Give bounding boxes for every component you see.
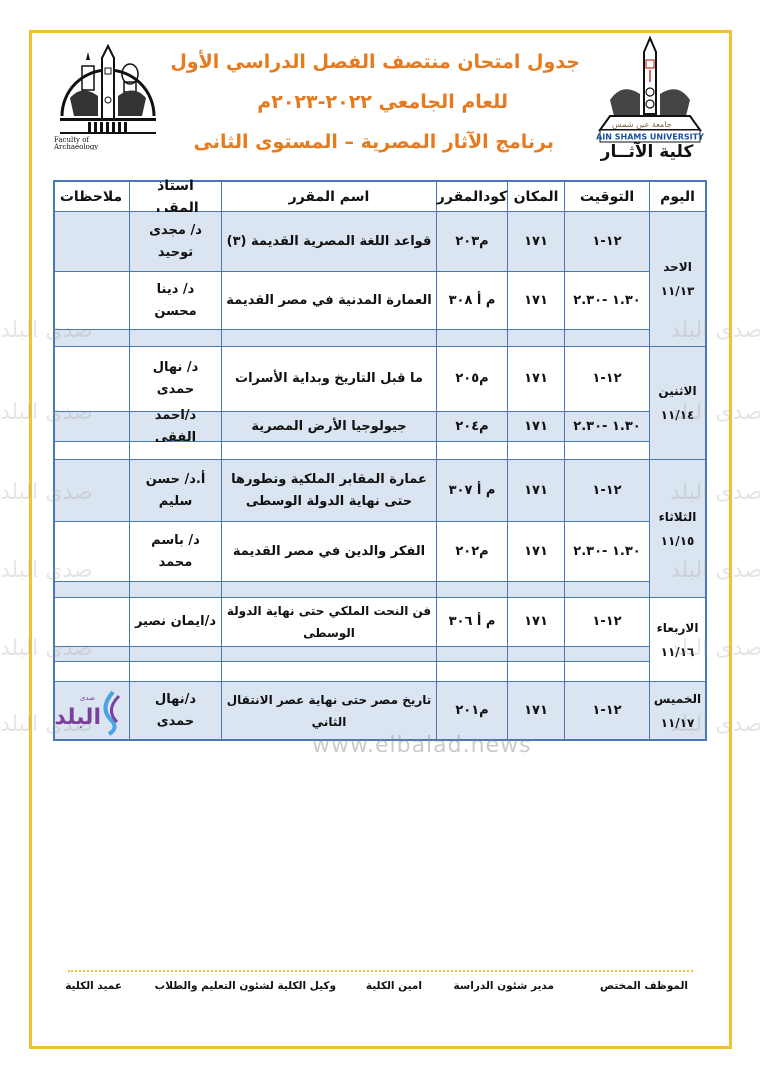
empty-cell bbox=[129, 442, 221, 459]
header-place: المكان bbox=[507, 182, 564, 211]
notes bbox=[53, 212, 129, 271]
day-name: الاحد bbox=[663, 255, 692, 279]
day-name: الثلاثاء bbox=[659, 505, 697, 529]
svg-text:ﺟﺎﻣﻌﺔ ﻋﻴﻦ ﺷﻤﺲ: ﺟﺎﻣﻌﺔ ﻋﻴﻦ ﺷﻤﺲ bbox=[612, 120, 672, 129]
header-instructor: استاذ المقرر bbox=[129, 182, 221, 211]
course-instructor: د/نهال حمدى bbox=[129, 682, 221, 739]
day-name: الاثنين bbox=[658, 379, 696, 403]
instructor-line-1: د/نهال bbox=[155, 689, 196, 711]
course-instructor: د/ مجدى توحيد bbox=[129, 212, 221, 271]
empty-cell bbox=[129, 330, 221, 346]
day-date: ١١/١٥ bbox=[661, 529, 695, 553]
table-row: ١.٣٠ -٢.٣٠ ١٧١ م أ ٣٠٨ العمارة المدنية ف… bbox=[55, 272, 705, 330]
header-code: كودالمقرر bbox=[436, 182, 507, 211]
exam-place: ١٧١ bbox=[507, 460, 564, 521]
course-name-line-2: الثاني bbox=[312, 711, 347, 733]
table-row: ١٢-١ ١٧١ م٢٠٣ قواعد اللغة المصرية القديم… bbox=[55, 212, 705, 272]
empty-cell bbox=[53, 330, 129, 346]
instructor-line-2: محمد bbox=[159, 552, 193, 574]
exam-place: ١٧١ bbox=[507, 412, 564, 441]
spacer-row bbox=[55, 582, 705, 598]
table-row: ١٢-١ ١٧١ م٢٠١ تاريخ مصر حتى نهاية عصر ال… bbox=[55, 682, 705, 739]
title-line-year: للعام الجامعي ٢٠٢٢-٢٠٢٣م bbox=[257, 86, 508, 118]
day-cell-sunday: الاحد ١١/١٣ bbox=[649, 212, 705, 347]
table-row: ١.٣٠ -٢.٣٠ ١٧١ م٢٠٢ الفكر والدين في مصر … bbox=[55, 522, 705, 582]
empty-cell bbox=[129, 582, 221, 597]
signature-responsible-employee: الموظف المختص bbox=[600, 980, 688, 992]
course-code: م أ ٣٠٨ bbox=[436, 272, 507, 329]
day-cell-monday: الاثنين ١١/١٤ bbox=[649, 347, 705, 460]
empty-cell bbox=[53, 662, 129, 681]
empty-cell bbox=[564, 647, 649, 661]
empty-cell bbox=[221, 662, 436, 681]
watermark-url: www.elbalad.news bbox=[312, 733, 532, 758]
instructor-line-2: محسن bbox=[154, 301, 196, 323]
course-name: عمارة المقابر الملكية وتطورها حتى نهاية … bbox=[221, 460, 436, 521]
course-name-line-1: فن النحت الملكي حتى نهاية الدولة bbox=[227, 600, 431, 622]
exam-place: ١٧١ bbox=[507, 598, 564, 646]
empty-cell bbox=[507, 582, 564, 597]
exam-place: ١٧١ bbox=[507, 212, 564, 271]
exam-time: ١٢-١ bbox=[564, 598, 649, 646]
signatures-row: الموظف المختص مدير شئون الدراسة امين الك… bbox=[60, 980, 700, 1000]
instructor-line-2: حمدى bbox=[157, 711, 195, 733]
course-name-line-2: الوسطى bbox=[303, 622, 355, 644]
empty-cell bbox=[507, 330, 564, 346]
course-code: م أ ٣٠٧ bbox=[436, 460, 507, 521]
notes bbox=[53, 347, 129, 411]
course-instructor: د/احمد الفقى bbox=[129, 412, 221, 441]
exam-time: ١٢-١ bbox=[564, 212, 649, 271]
svg-text:AIN SHAMS UNIVERSITY: AIN SHAMS UNIVERSITY bbox=[596, 133, 704, 142]
empty-cell bbox=[507, 662, 564, 681]
notes bbox=[53, 412, 129, 441]
spacer-row bbox=[55, 442, 705, 460]
course-instructor: د/ايمان نصير bbox=[129, 598, 221, 646]
exam-time: ١.٣٠ -٢.٣٠ bbox=[564, 522, 649, 581]
spacer-row bbox=[55, 662, 705, 682]
exam-time: ١٢-١ bbox=[564, 347, 649, 411]
spacer-row bbox=[55, 647, 705, 662]
empty-cell bbox=[564, 330, 649, 346]
course-instructor: د/ باسم محمد bbox=[129, 522, 221, 581]
course-name-line-1: تاريخ مصر حتى نهاية عصر الانتقال bbox=[227, 689, 432, 711]
empty-cell bbox=[221, 647, 436, 661]
course-instructor: د/ نهال حمدى bbox=[129, 347, 221, 411]
table-row: ١.٣٠ -٢.٣٠ ١٧١ م٢٠٤ جيولوجيا الأرض المصر… bbox=[55, 412, 705, 442]
day-cell-wednesday: الاربعاء ١١/١٦ bbox=[649, 598, 705, 682]
instructor-line-2: توحيد bbox=[158, 242, 193, 264]
day-cell-thursday: الخميس ١١/١٧ bbox=[649, 682, 705, 739]
course-code: م٢٠٥ bbox=[436, 347, 507, 411]
signature-studies-director: مدير شئون الدراسة bbox=[454, 980, 554, 992]
empty-cell bbox=[53, 647, 129, 661]
empty-cell bbox=[564, 582, 649, 597]
day-name: الاربعاء bbox=[657, 616, 699, 640]
empty-cell bbox=[436, 330, 507, 346]
header-course-name: اسم المقرر bbox=[221, 182, 436, 211]
course-code: م٢٠٢ bbox=[436, 522, 507, 581]
svg-text:البلد: البلد bbox=[55, 705, 101, 730]
course-instructor: د/ دينا محسن bbox=[129, 272, 221, 329]
day-cell-tuesday: الثلاثاء ١١/١٥ bbox=[649, 460, 705, 598]
svg-text:صدى: صدى bbox=[80, 694, 95, 702]
course-code: م٢٠٣ bbox=[436, 212, 507, 271]
faculty-name-label: كلية الآثــار bbox=[597, 142, 697, 162]
instructor-line-2: حمدى bbox=[157, 379, 195, 401]
svg-text:Archaeology: Archaeology bbox=[53, 143, 98, 150]
signature-vice-dean: وكيل الكلية لشئون التعليم والطلاب bbox=[155, 980, 336, 992]
course-name: قواعد اللغة المصرية القديمة (٣) bbox=[221, 212, 436, 271]
empty-cell bbox=[564, 442, 649, 459]
notes bbox=[53, 272, 129, 329]
instructor-line-1: د/ نهال bbox=[153, 357, 199, 379]
table-row: ١٢-١ ١٧١ م٢٠٥ ما قبل التاريخ وبداية الأس… bbox=[55, 347, 705, 412]
exam-place: ١٧١ bbox=[507, 347, 564, 411]
empty-cell bbox=[436, 442, 507, 459]
empty-cell bbox=[507, 442, 564, 459]
course-name: جيولوجيا الأرض المصرية bbox=[221, 412, 436, 441]
day-name: الخميس bbox=[654, 687, 701, 711]
course-name: ما قبل التاريخ وبداية الأسرات bbox=[221, 347, 436, 411]
header-notes: ملاحظات bbox=[53, 182, 129, 211]
exam-time: ١٢-١ bbox=[564, 460, 649, 521]
course-code: م أ ٣٠٦ bbox=[436, 598, 507, 646]
instructor-line-1: أ.د/ حسن bbox=[146, 469, 206, 491]
header-time: التوقيت bbox=[564, 182, 649, 211]
instructor-line-1: د/ دينا bbox=[157, 279, 195, 301]
signature-divider bbox=[68, 970, 693, 972]
course-name: تاريخ مصر حتى نهاية عصر الانتقال الثاني bbox=[221, 682, 436, 739]
empty-cell bbox=[564, 662, 649, 681]
empty-cell bbox=[221, 442, 436, 459]
title-line-program: برنامج الآثار المصرية – المستوى الثانى bbox=[194, 126, 554, 158]
table-header-row: اليوم التوقيت المكان كودالمقرر اسم المقر… bbox=[55, 182, 705, 212]
day-date: ١١/١٦ bbox=[661, 640, 695, 664]
faculty-of-archaeology-logo: Faculty of Archaeology bbox=[52, 38, 164, 150]
empty-cell bbox=[53, 582, 129, 597]
course-code: م٢٠٤ bbox=[436, 412, 507, 441]
empty-cell bbox=[507, 647, 564, 661]
empty-cell bbox=[129, 647, 221, 661]
course-instructor: أ.د/ حسن سليم bbox=[129, 460, 221, 521]
exam-place: ١٧١ bbox=[507, 272, 564, 329]
empty-cell bbox=[221, 330, 436, 346]
instructor-line-2: سليم bbox=[159, 491, 193, 513]
header-day: اليوم bbox=[649, 182, 705, 211]
signature-faculty-secretary: امين الكلية bbox=[366, 980, 422, 992]
empty-cell bbox=[221, 582, 436, 597]
instructor-line-1: د/ باسم bbox=[151, 530, 200, 552]
course-name: العمارة المدنية في مصر القديمة bbox=[221, 272, 436, 329]
course-name-line-2: حتى نهاية الدولة الوسطى bbox=[246, 491, 412, 513]
table-row: ١٢-١ ١٧١ م أ ٣٠٧ عمارة المقابر الملكية و… bbox=[55, 460, 705, 522]
exam-place: ١٧١ bbox=[507, 682, 564, 739]
exam-schedule-table: اليوم التوقيت المكان كودالمقرر اسم المقر… bbox=[53, 180, 707, 741]
empty-cell bbox=[436, 647, 507, 661]
spacer-row bbox=[55, 330, 705, 347]
exam-place: ١٧١ bbox=[507, 522, 564, 581]
day-date: ١١/١٧ bbox=[661, 711, 695, 735]
course-name: فن النحت الملكي حتى نهاية الدولة الوسطى bbox=[221, 598, 436, 646]
exam-time: ١.٣٠ -٢.٣٠ bbox=[564, 272, 649, 329]
day-date: ١١/١٤ bbox=[661, 403, 695, 427]
empty-cell bbox=[436, 662, 507, 681]
course-code: م٢٠١ bbox=[436, 682, 507, 739]
course-name-line-1: عمارة المقابر الملكية وتطورها bbox=[231, 469, 427, 491]
table-row: ١٢-١ ١٧١ م أ ٣٠٦ فن النحت الملكي حتى نها… bbox=[55, 598, 705, 647]
empty-cell bbox=[436, 582, 507, 597]
empty-cell bbox=[129, 662, 221, 681]
empty-cell bbox=[53, 442, 129, 459]
title-line-exam: جدول امتحان منتصف الفصل الدراسي الأول bbox=[170, 46, 580, 78]
notes bbox=[53, 460, 129, 521]
signature-dean: عميد الكلية bbox=[65, 980, 122, 992]
notes bbox=[53, 522, 129, 581]
exam-time: ١٢-١ bbox=[564, 682, 649, 739]
instructor-line-1: د/ مجدى bbox=[149, 220, 202, 242]
notes bbox=[53, 598, 129, 646]
course-name: الفكر والدين في مصر القديمة bbox=[221, 522, 436, 581]
day-date: ١١/١٣ bbox=[661, 279, 695, 303]
exam-time: ١.٣٠ -٢.٣٠ bbox=[564, 412, 649, 441]
elbalad-logo: البلد صدى bbox=[55, 690, 125, 736]
